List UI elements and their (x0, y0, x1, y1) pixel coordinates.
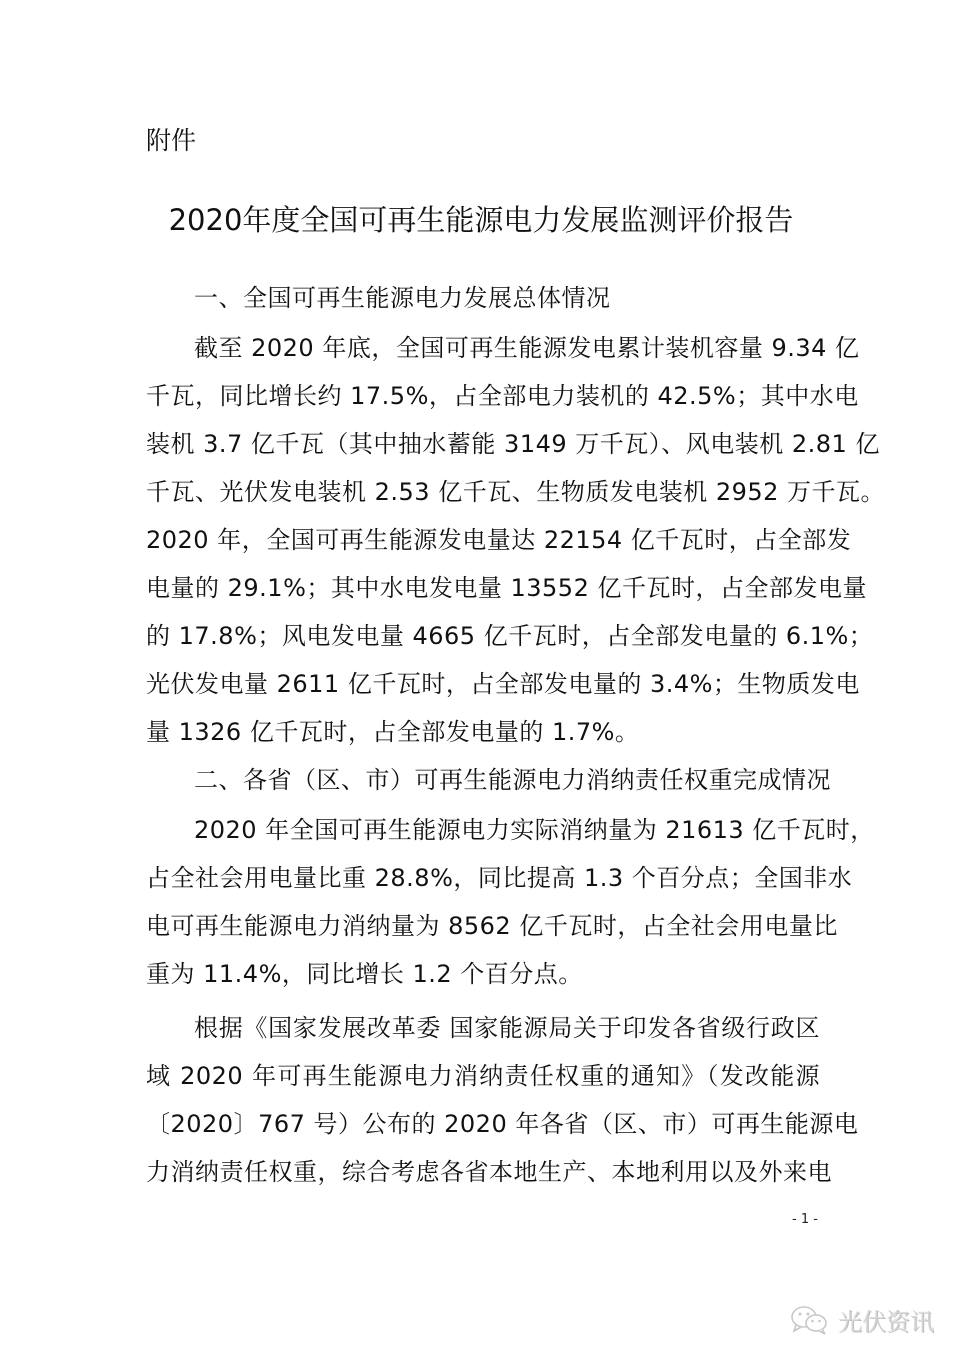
document-page: 附件 2020年度全国可再生能源电力发展监测评价报告 一、全国可再生能源电力发展… (0, 0, 962, 1360)
watermark: 光伏资讯 (790, 1302, 934, 1337)
paragraph-line: 根据《国家发展改革委 国家能源局关于印发各省级行政区 (194, 1013, 820, 1043)
paragraph-line: 量 1326 亿千瓦时，占全部发电量的 1.7%。 (146, 717, 820, 747)
paragraph-line: 千瓦、光伏发电装机 2.53 亿千瓦、生物质发电装机 2952 万千瓦。 (146, 477, 820, 507)
paragraph-line: 电量的 29.1%；其中水电发电量 13552 亿千瓦时，占全部发电量 (146, 573, 820, 603)
paragraph-line: 重为 11.4%，同比增长 1.2 个百分点。 (146, 959, 820, 989)
paragraph-line: 截至 2020 年底，全国可再生能源发电累计装机容量 9.34 亿 (194, 333, 820, 363)
paragraph-line: 光伏发电量 2611 亿千瓦时，占全部发电量的 3.4%；生物质发电 (146, 669, 820, 699)
section-heading-2: 二、各省（区、市）可再生能源电力消纳责任权重完成情况 (194, 765, 820, 795)
watermark-text: 光伏资讯 (838, 1302, 934, 1337)
section-heading-1: 一、全国可再生能源电力发展总体情况 (194, 283, 820, 313)
wechat-icon (790, 1304, 830, 1336)
paragraph-line: 电可再生能源电力消纳量为 8562 亿千瓦时，占全社会用电量比 (146, 911, 820, 941)
paragraph-line: 域 2020 年可再生能源电力消纳责任权重的通知》（发改能源 (146, 1061, 820, 1091)
paragraph-line: 〔2020〕767 号）公布的 2020 年各省（区、市）可再生能源电 (146, 1109, 820, 1139)
paragraph-line: 千瓦，同比增长约 17.5%，占全部电力装机的 42.5%；其中水电 (146, 381, 820, 411)
paragraph-line: 装机 3.7 亿千瓦（其中抽水蓄能 3149 万千瓦）、风电装机 2.81 亿 (146, 429, 820, 459)
page-number: - 1 - (792, 1212, 818, 1227)
document-title: 2020年度全国可再生能源电力发展监测评价报告 (0, 200, 962, 240)
paragraph-line: 2020 年全国可再生能源电力实际消纳量为 21613 亿千瓦时， (194, 815, 820, 845)
paragraph-line: 2020 年，全国可再生能源发电量达 22154 亿千瓦时，占全部发 (146, 525, 820, 555)
attachment-label: 附件 (146, 125, 196, 157)
paragraph-line: 力消纳责任权重，综合考虑各省本地生产、本地利用以及外来电 (146, 1157, 820, 1187)
paragraph-line: 占全社会用电量比重 28.8%，同比提高 1.3 个百分点；全国非水 (146, 863, 820, 893)
paragraph-line: 的 17.8%；风电发电量 4665 亿千瓦时，占全部发电量的 6.1%； (146, 621, 820, 651)
